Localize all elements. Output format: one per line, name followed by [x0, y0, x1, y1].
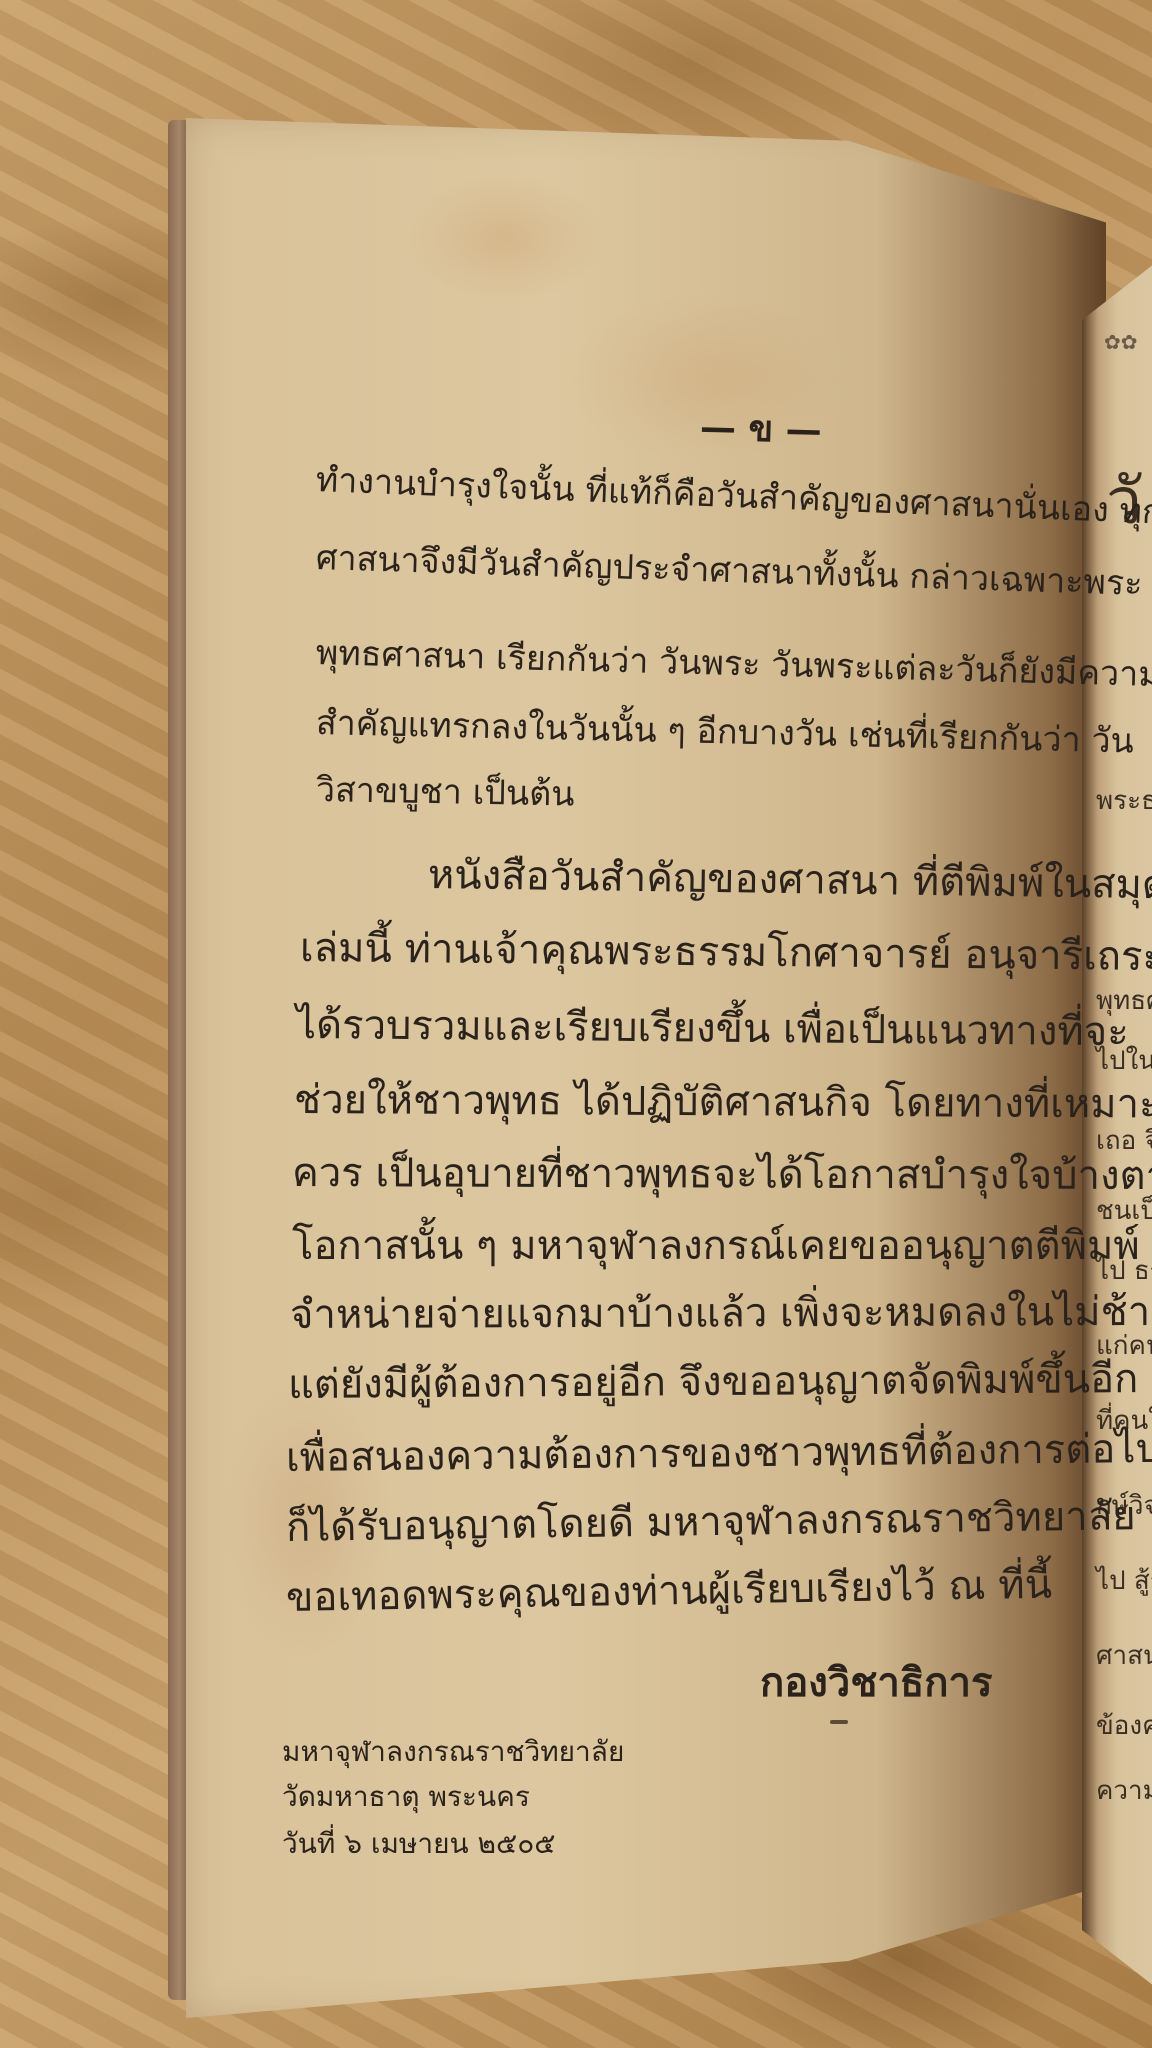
paragraph-line: ช่วยให้ชาวพุทธ ได้ปฏิบัติศาสนกิจ โดยทางท…: [294, 1067, 1152, 1136]
adjacent-fragment: ไป สู้การ: [1096, 1560, 1152, 1601]
paragraph-line: วิสาขบูชา เป็นต้น: [316, 762, 575, 821]
footer-date: วันที่ ๖ เมษายน ๒๕๐๕: [282, 1822, 555, 1866]
paragraph-line: หนังสือวันสำคัญของศาสนา ที่ตีพิมพ์ในสมุด: [428, 842, 1152, 916]
ink-mark: [830, 1720, 848, 1724]
paragraph-line: ควร เป็นอุบายที่ชาวพุทธจะได้โอกาสบำรุงใจ…: [292, 1140, 1152, 1207]
signature-department: กองวิชาธิการ: [760, 1650, 992, 1714]
paragraph-line: ก็ได้รับอนุญาตโดยดี มหาจุฬาลงกรณราชวิทยา…: [286, 1483, 1137, 1559]
adjacent-fragment: ศาสนาเป็น: [1096, 1635, 1152, 1676]
page-number: — ข —: [699, 398, 822, 458]
paragraph-line: โอกาสนั้น ๆ มหาจุฬาลงกรณ์เคยขออนุญาตตีพิ…: [292, 1213, 1140, 1277]
adjacent-fragment: ความจะไม่เปลี่: [1096, 1770, 1152, 1811]
footer-institution: มหาจุฬาลงกรณราชวิทยาลัย: [282, 1730, 624, 1774]
paragraph-line: ขอเทอดพระคุณของท่านผู้เรียบเรียงไว้ ณ ที…: [285, 1552, 1052, 1629]
paragraph-line: ได้รวบรวมและเรียบเรียงขึ้น เพื่อเป็นแนวท…: [296, 992, 1129, 1063]
adjacent-fragment: พระธรร: [1096, 780, 1152, 821]
paragraph-line: เพื่อสนองความต้องการของชาวพุทธที่ต้องการ…: [286, 1416, 1152, 1489]
paragraph-line: เล่มนี้ ท่านเจ้าคุณพระธรรมโกศาจารย์ อนุจ…: [300, 915, 1152, 988]
paragraph-line: แต่ยังมีผู้ต้องการอยู่อีก จึงขออนุญาตจัด…: [288, 1346, 1139, 1416]
ornament-icon: ✿✿: [1104, 330, 1138, 354]
adjacent-fragment: ข้องคุณค: [1096, 1705, 1152, 1746]
footer-location: วัดมหาธาตุ พระนคร: [282, 1775, 530, 1819]
paragraph-line: จำหน่ายจ่ายแจกมาบ้างแล้ว เพิ่งจะหมดลงในไ…: [290, 1279, 1152, 1346]
